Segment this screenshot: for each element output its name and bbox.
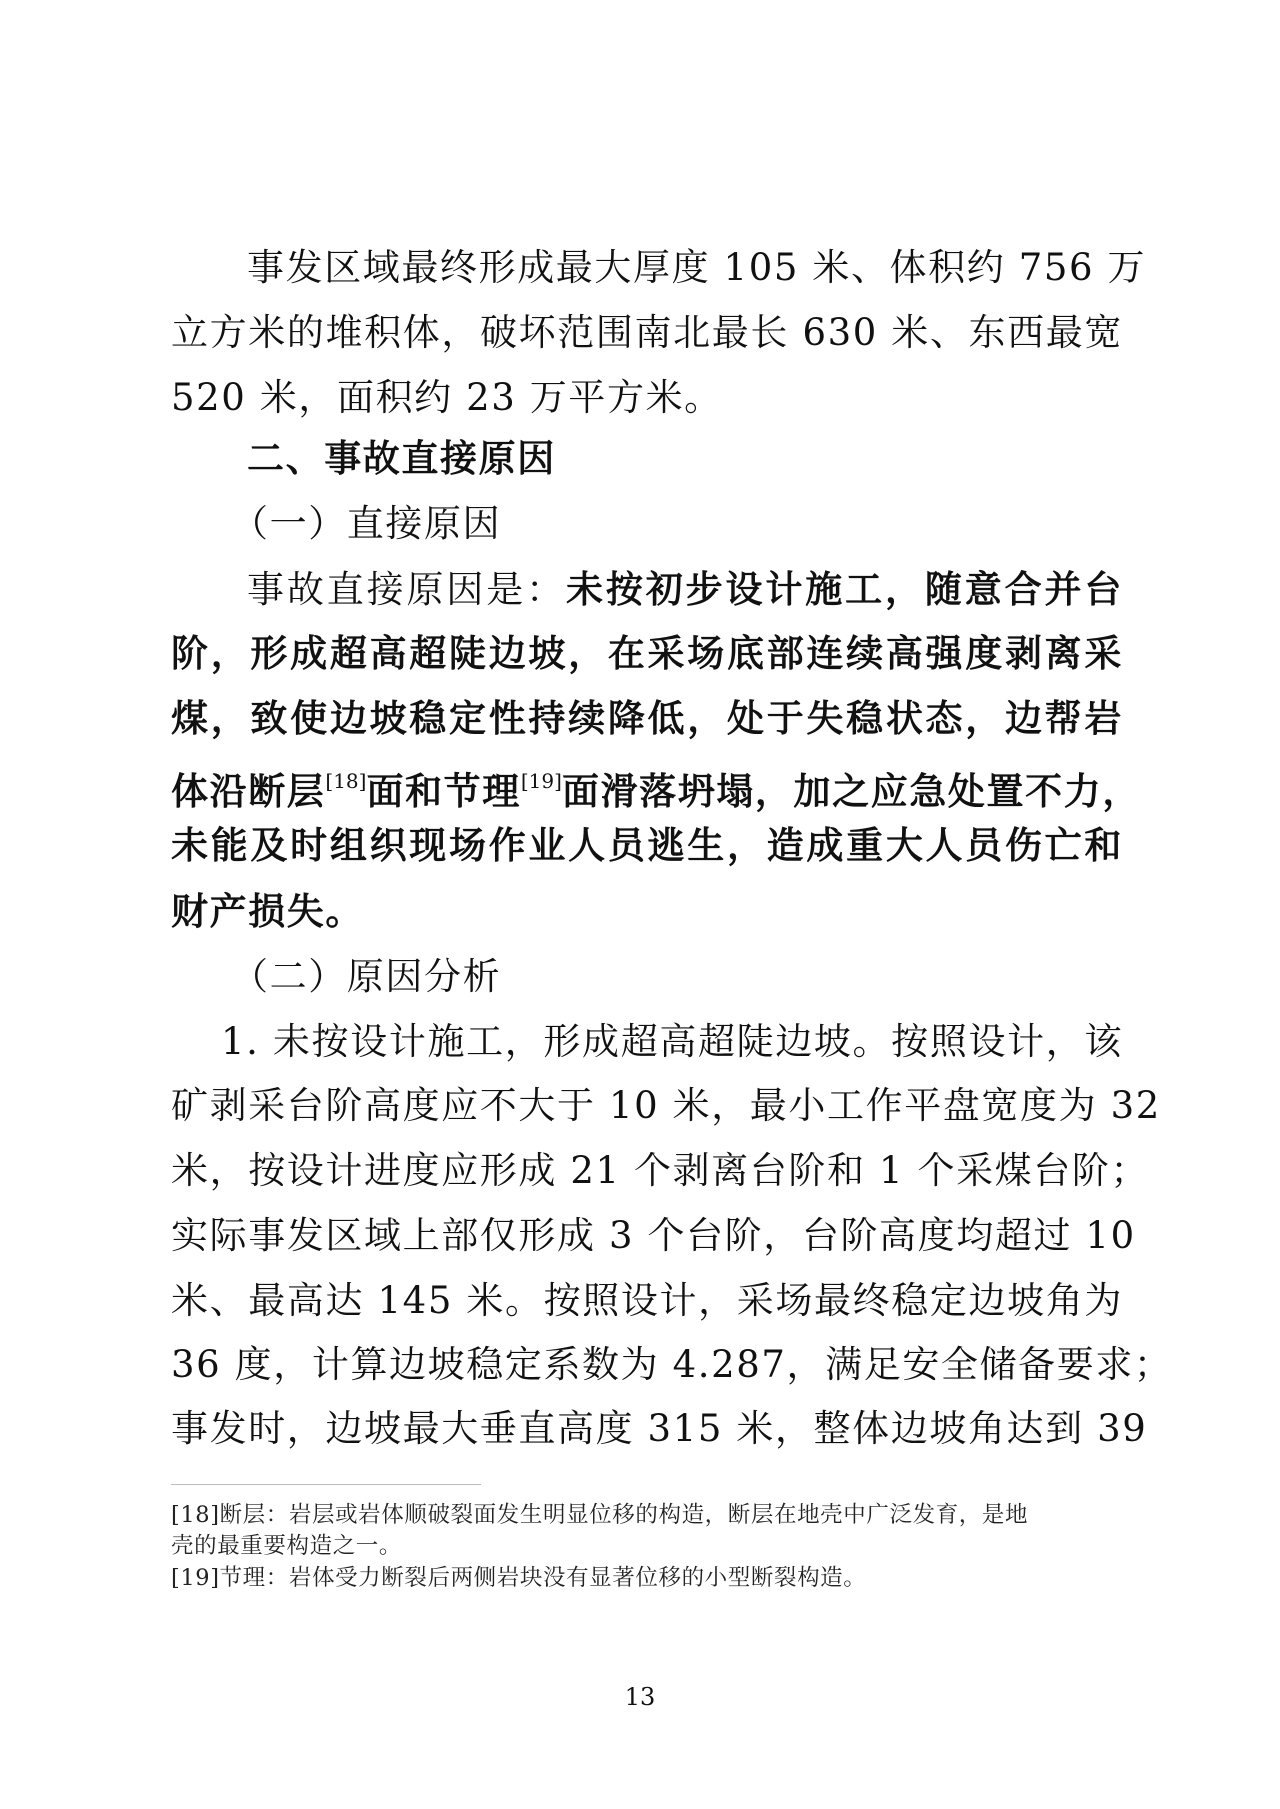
body-text-line: 1. 未按设计施工，形成超高超陡边坡。按照设计，该 [171,1010,1123,1074]
body-text-line: 事故直接原因是：未按初步设计施工，随意合并台 [171,558,1123,622]
body-text-line: 煤，致使边坡稳定性持续降低，处于失稳状态，边帮岩 [171,687,1123,751]
body-text-line: 阶，形成超高超陡边坡，在采场底部连续高强度剥离采 [171,622,1123,686]
body-text-line: 事发区域最终形成最大厚度 105 米、体积约 756 万 [171,236,1123,300]
body-text-line: 体沿断层[18]面和节理[19]面滑落坍塌，加之应急处置不力， [171,749,1123,813]
body-text-line: 立方米的堆积体，破坏范围南北最长 630 米、东西最宽 [171,301,1123,365]
cause-lead-text: 事故直接原因是： [247,568,566,611]
body-text-line: 矿剥采台阶高度应不大于 10 米，最小工作平盘宽度为 32 [171,1074,1123,1138]
footnote-ref-19[interactable]: [19] [521,769,562,793]
subsection-heading: （二）原因分析 [171,945,1107,1009]
section-heading: 二、事故直接原因 [171,427,1123,491]
body-text-line: 财产损失。 [171,880,1123,944]
subsection-heading: （一）直接原因 [171,492,1107,556]
body-text-line: 实际事发区域上部仅形成 3 个台阶，台阶高度均超过 10 [171,1204,1123,1268]
footnote-ref-18[interactable]: [18] [325,769,366,793]
body-text-line: 520 米，面积约 23 万平方米。 [171,366,1123,430]
body-text-line: 未能及时组织现场作业人员逃生，造成重大人员伤亡和 [171,814,1123,878]
footnote-19: [19]节理：岩体受力断裂后两侧岩块没有显著位移的小型断裂构造。 [171,1563,1123,1594]
footnote-separator [171,1484,481,1485]
body-text-line: 米、最高达 145 米。按照设计，采场最终稳定边坡角为 [171,1269,1123,1333]
footnote-18-continued: 壳的最重要构造之一。 [171,1531,1123,1562]
footnote-18: [18]断层：岩层或岩体顺破裂面发生明显位移的构造，断层在地壳中广泛发育，是地 [171,1500,1123,1531]
page-number: 13 [0,1683,1280,1711]
body-text-line: 36 度，计算边坡稳定系数为 4.287，满足安全储备要求； [171,1333,1123,1397]
cause-bold-text: 体沿断层 [171,770,325,813]
body-text-line: 事发时，边坡最大垂直高度 315 米，整体边坡角达到 39 [171,1397,1123,1461]
cause-bold-text: 面和节理 [366,770,520,813]
body-text-line: 米，按设计进度应形成 21 个剥离台阶和 1 个采煤台阶； [171,1139,1123,1203]
document-page: 事发区域最终形成最大厚度 105 米、体积约 756 万 立方米的堆积体，破坏范… [0,0,1280,1809]
cause-bold-text: 未按初步设计施工，随意合并台 [566,568,1123,611]
cause-bold-text: 面滑落坍塌，加之应急处置不力， [562,770,1141,813]
